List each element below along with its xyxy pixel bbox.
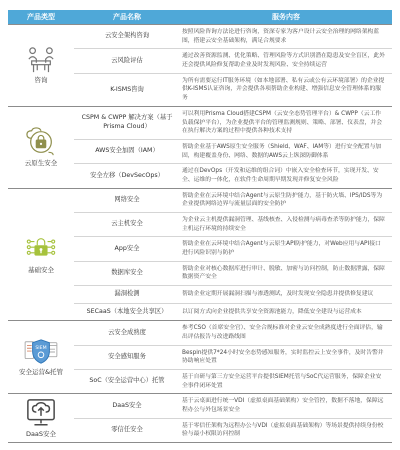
product-name: App安全 <box>74 237 180 260</box>
product-name: 漏洞检测 <box>74 286 180 303</box>
service-description: 基于云桌面进行统一VDI（虚拟桌面基础架构）安全管控，数据不落地，保障远程办公与… <box>180 394 392 417</box>
consulting-people-icon <box>24 46 58 74</box>
category-cell-security-operations: SIEM 安全运营&托管 <box>8 321 74 393</box>
siem-shield-icon: SIEM <box>23 338 59 366</box>
table-row: SECaaS（本地安全共享区） 以订阅方式向企业提供共享安全资源池能力，降低安全… <box>74 304 392 321</box>
table-row: 云安全成熟度 参考CSO（首席安全官）、安全合规标准对企业云安全成熟度进行全面评… <box>74 321 392 345</box>
product-name: 网络安全 <box>74 189 180 212</box>
header-product-name: 产品名称 <box>74 12 180 22</box>
header-product-category: 产品类型 <box>8 12 74 22</box>
category-label: DaaS安全 <box>26 431 56 439</box>
category-label: 基础安全 <box>28 267 54 275</box>
service-description: 帮助企业在云环境中结合Agent与云原生API防护能力，对Web应用与API接口… <box>180 237 392 260</box>
service-description: Bespin提供7*24小时安全态势感知服务，实时监控云上安全事件，及时告警并协… <box>180 346 392 369</box>
table-header: 产品类型 产品名称 服务内容 <box>8 10 392 24</box>
product-table: 产品类型 产品名称 服务内容 咨询 云安全架构咨询 <box>8 10 392 443</box>
product-name: 云安全架构咨询 <box>74 25 180 48</box>
product-name: K-ISMS咨询 <box>74 74 180 106</box>
table-row: 数据库安全 帮助企业对核心数据库进行审计、脱敏、加密与访问控制，防止数据泄露，保… <box>74 262 392 286</box>
section-rows: 云安全架构咨询 按照风险咨询方法论进行咨询，资深专家为客户设计云安全治理的网络架… <box>74 25 392 106</box>
product-name: SECaaS（本地安全共享区） <box>74 304 180 321</box>
product-name: 云主机安全 <box>74 213 180 236</box>
service-description: 通过改善资源监测、优化策略、管理风险等方式识别潜在隐患及安全盲区，此外还会提供风… <box>180 49 392 72</box>
service-description: 帮助企业定期开展漏洞扫描与渗透测试，及时发现安全隐患并提供修复建议 <box>180 286 392 303</box>
product-name: CSPM & CWPP 解决方案（基于Prisma Cloud） <box>74 107 180 139</box>
table-row: K-ISMS咨询 为所有需要运行IT服务环境（如本地部署、私有云或公有云环境部署… <box>74 74 392 106</box>
table-row: 云主机安全 为企业云主机提供漏洞管理、基线核查、入侵检测与病毒查杀等防护能力，保… <box>74 213 392 237</box>
section-cloud-native-security: 云原生安全 CSPM & CWPP 解决方案（基于Prisma Cloud） 可… <box>8 106 392 188</box>
table-row: 云安全架构咨询 按照风险咨询方法论进行咨询，资深专家为客户设计云安全治理的网络架… <box>74 25 392 49</box>
product-name: 安全左移（DevSecOps） <box>74 164 180 187</box>
category-label: 云原生安全 <box>25 160 58 168</box>
table-row: SoC（安全运营中心）托管 基于自研与第三方安全运营平台提供SIEM托管与SoC… <box>74 370 392 393</box>
section-basic-security: 基础安全 网络安全 帮助企业在云环境中结合Agent与云原生防护能力，基于防火墙… <box>8 188 392 321</box>
service-description: 帮助企业对核心数据库进行审计、脱敏、加密与访问控制，防止数据泄露，保障数据资产安… <box>180 262 392 285</box>
service-description: 通过在DevOps（开发和运维的组合词）中嵌入安全检查环节，实现开发、安全、运维… <box>180 164 392 187</box>
service-description: 基于零信任架构为远程办公与VDI（虚拟桌面基础架构）等场景提供持续身份校验与最小… <box>180 419 392 442</box>
table-row: 安全感知服务 Bespin提供7*24小时安全态势感知服务，实时监控云上安全事件… <box>74 346 392 370</box>
service-description: 基于自研与第三方安全运营平台提供SIEM托管与SoC代运营服务，保障企业安全事件… <box>180 370 392 393</box>
product-name: 云安全成熟度 <box>74 321 180 344</box>
product-name: 云风险评估 <box>74 49 180 72</box>
section-consulting: 咨询 云安全架构咨询 按照风险咨询方法论进行咨询，资深专家为客户设计云安全治理的… <box>8 24 392 106</box>
service-description: 帮助企业基于AWS原生安全服务（Shield、WAF、IAM等）进行安全配置与加… <box>180 140 392 163</box>
table-row: App安全 帮助企业在云环境中结合Agent与云原生API防护能力，对Web应用… <box>74 237 392 261</box>
table-row: 网络安全 帮助企业在云环境中结合Agent与云原生防护能力，基于防火墙、IPS/… <box>74 189 392 213</box>
service-description: 为企业云主机提供漏洞管理、基线核查、入侵检测与病毒查杀等防护能力，保障主机运行环… <box>180 213 392 236</box>
table-row: 零信任安全 基于零信任架构为远程办公与VDI（虚拟桌面基础架构）等场景提供持续身… <box>74 419 392 442</box>
table-row: CSPM & CWPP 解决方案（基于Prisma Cloud） 可以利用Pri… <box>74 107 392 140</box>
header-service-content: 服务内容 <box>180 12 392 22</box>
service-description: 参考CSO（首席安全官）、安全合规标准对企业云安全成熟度进行全面评估，输出评估报… <box>180 321 392 344</box>
service-description: 以订阅方式向企业提供共享安全资源池能力，降低安全建设与运营成本 <box>180 304 392 321</box>
table-row: AWS安全加固（IAM） 帮助企业基于AWS原生安全服务（Shield、WAF、… <box>74 140 392 164</box>
section-rows: 云安全成熟度 参考CSO（首席安全官）、安全合规标准对企业云安全成熟度进行全面评… <box>74 321 392 393</box>
section-daas-security: DaaS安全 DaaS安全 基于云桌面进行统一VDI（虚拟桌面基础架构）安全管控… <box>8 393 392 443</box>
service-description: 按照风险咨询方法论进行咨询，资深专家为客户设计云安全治理的网络架构蓝图，搭建云安… <box>180 25 392 48</box>
category-cell-cloud-native: 云原生安全 <box>8 107 74 188</box>
category-cell-consulting: 咨询 <box>8 25 74 106</box>
siem-shield-label: SIEM <box>35 345 46 351</box>
product-name: 安全感知服务 <box>74 346 180 369</box>
table-row: 云风险评估 通过改善资源监测、优化策略、管理风险等方式识别潜在隐患及安全盲区，此… <box>74 49 392 73</box>
product-name: DaaS安全 <box>74 394 180 417</box>
service-description: 为所有需要运行IT服务环境（如本地部署、私有云或公有云环境部署）的企业提供K-I… <box>180 74 392 106</box>
category-cell-basic-security: 基础安全 <box>8 189 74 321</box>
circuit-lock-icon <box>24 234 58 264</box>
section-rows: DaaS安全 基于云桌面进行统一VDI（虚拟桌面基础架构）安全管控，数据不落地，… <box>74 394 392 442</box>
section-rows: CSPM & CWPP 解决方案（基于Prisma Cloud） 可以利用Pri… <box>74 107 392 188</box>
service-description: 帮助企业在云环境中结合Agent与云原生防护能力，基于防火墙、IPS/IDS等为… <box>180 189 392 212</box>
category-cell-daas-security: DaaS安全 <box>8 394 74 442</box>
service-description: 可以利用Prisma Cloud搭建CSPM（云安全态势管理平台）& CWPP（… <box>180 107 392 139</box>
cloud-lock-icon <box>23 127 59 157</box>
section-rows: 网络安全 帮助企业在云环境中结合Agent与云原生防护能力，基于防火墙、IPS/… <box>74 189 392 321</box>
category-label: 咨询 <box>35 77 48 85</box>
table-row: 漏洞检测 帮助企业定期开展漏洞扫描与渗透测试，及时发现安全隐患并提供修复建议 <box>74 286 392 304</box>
product-name: 数据库安全 <box>74 262 180 285</box>
section-security-operations: SIEM 安全运营&托管 云安全成熟度 参考CSO（首席安全官）、安全合规标准对… <box>8 320 392 393</box>
product-table-page: 产品类型 产品名称 服务内容 咨询 云安全架构咨询 <box>0 0 400 450</box>
product-name: 零信任安全 <box>74 419 180 442</box>
product-name: SoC（安全运营中心）托管 <box>74 370 180 393</box>
product-name: AWS安全加固（IAM） <box>74 140 180 163</box>
table-row: 安全左移（DevSecOps） 通过在DevOps（开发和运维的组合词）中嵌入安… <box>74 164 392 187</box>
table-row: DaaS安全 基于云桌面进行统一VDI（虚拟桌面基础架构）安全管控，数据不落地，… <box>74 394 392 418</box>
monitor-cloud-icon <box>23 398 59 428</box>
category-label: 安全运营&托管 <box>19 369 63 377</box>
